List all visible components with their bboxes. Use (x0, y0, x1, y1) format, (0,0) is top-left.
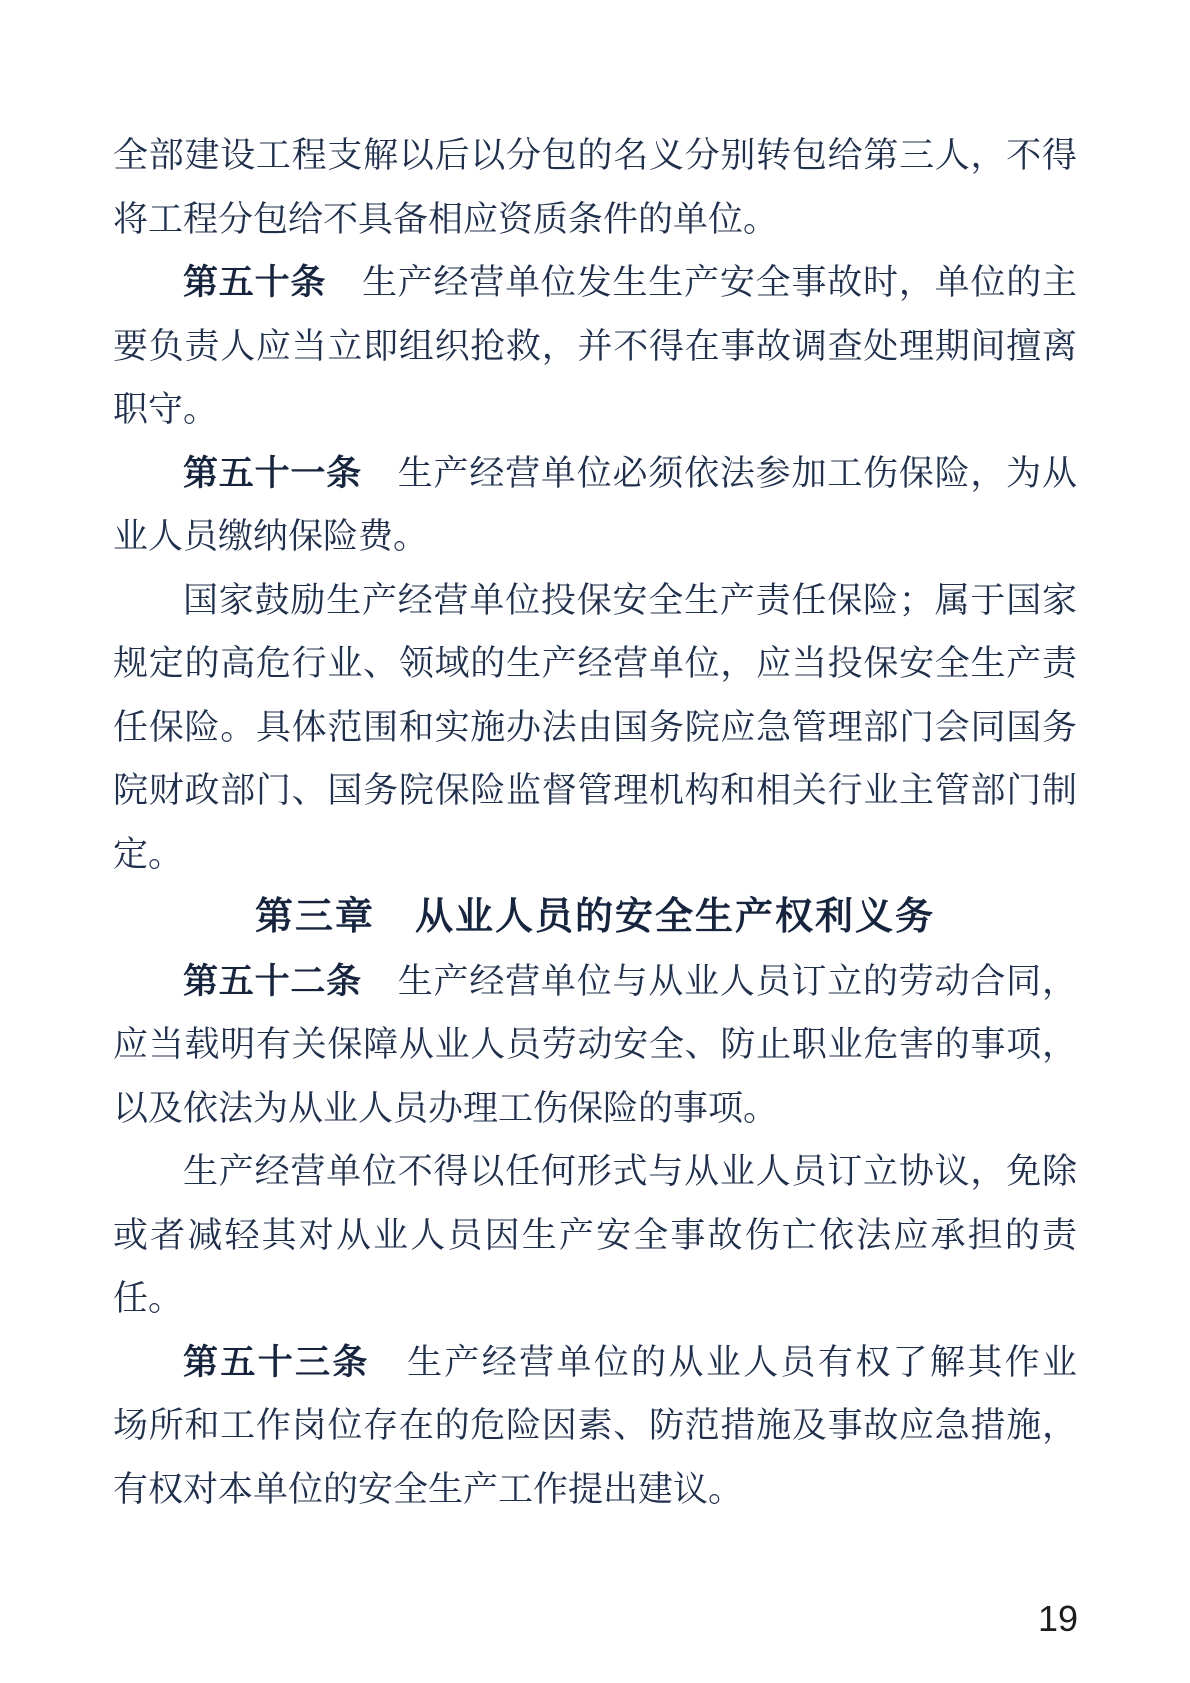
line-text: 应当载明有关保障从业人员劳动安全、防止职业危害的事项， (113, 1025, 1077, 1064)
line-text: 院财政部门、国务院保险监督管理机构和相关行业主管部门制 (113, 771, 1077, 810)
text-line: 院财政部门、国务院保险监督管理机构和相关行业主管部门制 (113, 759, 1077, 823)
page-number: 19 (1038, 1598, 1078, 1640)
line-text: 有权对本单位的安全生产工作提出建议。 (113, 1470, 743, 1509)
line-text: 国家鼓励生产经营单位投保安全生产责任保险；属于国家 (183, 581, 1077, 620)
text-line: 生产经营单位不得以任何形式与从业人员订立协议，免除 (113, 1140, 1077, 1204)
document-page: 全部建设工程支解以后以分包的名义分别转包给第三人，不得将工程分包给不具备相应资质… (0, 0, 1190, 1683)
text-line: 应当载明有关保障从业人员劳动安全、防止职业危害的事项， (113, 1013, 1077, 1077)
text-line: 定。 (113, 823, 1077, 887)
line-text: 场所和工作岗位存在的危险因素、防范措施及事故应急措施， (113, 1406, 1077, 1445)
line-text: 生产经营单位发生生产安全事故时，单位的主 (326, 263, 1077, 302)
text-line: 任。 (113, 1267, 1077, 1331)
line-text: 要负责人应当立即组织抢救，并不得在事故调查处理期间擅离 (113, 327, 1077, 366)
text-line: 或者减轻其对从业人员因生产安全事故伤亡依法应承担的责 (113, 1204, 1077, 1268)
line-text: 生产经营单位的从业人员有权了解其作业 (370, 1343, 1077, 1382)
text-line: 第五十一条 生产经营单位必须依法参加工伤保险，为从 (113, 442, 1077, 506)
text-line: 场所和工作岗位存在的危险因素、防范措施及事故应急措施， (113, 1394, 1077, 1458)
line-text: 以及依法为从业人员办理工伤保险的事项。 (113, 1089, 778, 1128)
text-line: 任保险。具体范围和实施办法由国务院应急管理部门会同国务 (113, 696, 1077, 760)
line-text: 生产经营单位必须依法参加工伤保险，为从 (362, 454, 1077, 493)
article-number: 第五十条 (183, 263, 326, 302)
text-line: 业人员缴纳保险费。 (113, 505, 1077, 569)
line-text: 职守。 (113, 390, 218, 429)
text-line: 第五十三条 生产经营单位的从业人员有权了解其作业 (113, 1331, 1077, 1395)
article-number: 第五十一条 (183, 454, 362, 493)
text-line: 将工程分包给不具备相应资质条件的单位。 (113, 188, 1077, 252)
text-line: 第五十二条 生产经营单位与从业人员订立的劳动合同， (113, 950, 1077, 1014)
text-line: 职守。 (113, 378, 1077, 442)
chapter-heading-text: 第三章 从业人员的安全生产权利义务 (255, 896, 935, 938)
line-text: 任保险。具体范围和实施办法由国务院应急管理部门会同国务 (113, 708, 1077, 747)
text-line: 有权对本单位的安全生产工作提出建议。 (113, 1458, 1077, 1522)
line-text: 全部建设工程支解以后以分包的名义分别转包给第三人，不得 (113, 136, 1077, 175)
document-body: 全部建设工程支解以后以分包的名义分别转包给第三人，不得将工程分包给不具备相应资质… (113, 124, 1077, 1521)
text-line: 国家鼓励生产经营单位投保安全生产责任保险；属于国家 (113, 569, 1077, 633)
text-line: 规定的高危行业、领域的生产经营单位，应当投保安全生产责 (113, 632, 1077, 696)
text-line: 以及依法为从业人员办理工伤保险的事项。 (113, 1077, 1077, 1141)
chapter-heading: 第三章 从业人员的安全生产权利义务 (113, 886, 1077, 950)
article-number: 第五十三条 (183, 1343, 370, 1382)
line-text: 定。 (113, 835, 183, 874)
text-line: 第五十条 生产经营单位发生生产安全事故时，单位的主 (113, 251, 1077, 315)
line-text: 将工程分包给不具备相应资质条件的单位。 (113, 200, 778, 239)
text-line: 要负责人应当立即组织抢救，并不得在事故调查处理期间擅离 (113, 315, 1077, 379)
text-line: 全部建设工程支解以后以分包的名义分别转包给第三人，不得 (113, 124, 1077, 188)
line-text: 业人员缴纳保险费。 (113, 517, 428, 556)
line-text: 或者减轻其对从业人员因生产安全事故伤亡依法应承担的责 (113, 1216, 1077, 1255)
line-text: 规定的高危行业、领域的生产经营单位，应当投保安全生产责 (113, 644, 1077, 683)
article-number: 第五十二条 (183, 962, 362, 1001)
line-text: 生产经营单位不得以任何形式与从业人员订立协议，免除 (183, 1152, 1077, 1191)
line-text: 生产经营单位与从业人员订立的劳动合同， (362, 962, 1077, 1001)
line-text: 任。 (113, 1279, 183, 1318)
